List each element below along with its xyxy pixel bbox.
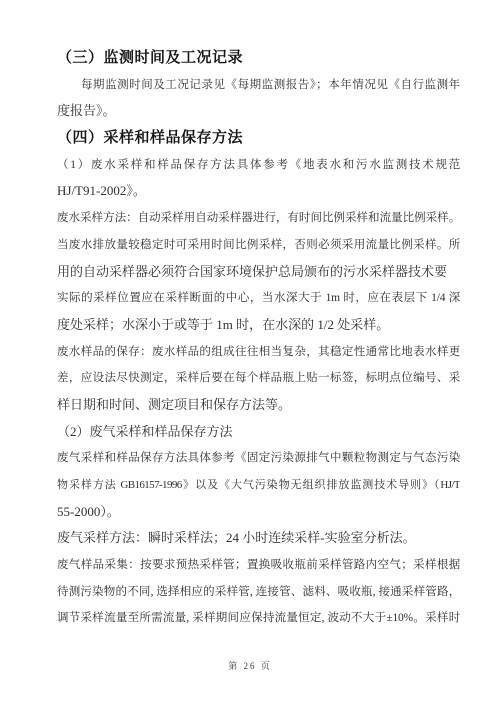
paragraph-line: 度报告》。 (57, 98, 460, 125)
paragraph-line: HJ/T91-2002》。 (57, 178, 460, 205)
paragraph-line: 废水采样方法：自动采样用自动采样器进行，有时间比例采样和流量比例采样。 (57, 205, 460, 232)
paragraph-line: 每期监测时间及工况记录见《每期监测报告》；本年情况见《自行监测年 (57, 72, 460, 99)
paragraph-line: 废气采样和样品保存方法具体参考《固定污染源排气中颗粒物测定与气态污染 (57, 445, 460, 472)
subheading-wastewater: （1）废水采样和样品保存方法具体参考《地表水和污水监测技术规范 (57, 152, 460, 179)
paragraph-line: 差，应设法尽快测定，采样后要在每个样品瓶上贴一标签，标明点位编号、采 (57, 365, 460, 392)
document-page: （三）监测时间及工况记录 每期监测时间及工况记录见《每期监测报告》；本年情况见《… (0, 0, 500, 707)
paragraph-line: 物采样方法 GB16157-1996》以及《大气污染物无组织排放监测技术导则》（… (57, 472, 460, 499)
paragraph-line: 调节采样流量至所需流量, 采样期间应保持流量恒定, 波动不大于±10%。采样时 (57, 605, 460, 632)
section-heading-4: （四）采样和样品保存方法 (57, 125, 460, 152)
paragraph-line: 当废水排放量较稳定时可采用时间比例采样，否则必须采用流量比例采样。所 (57, 232, 460, 259)
paragraph-line: 废气采样方法：瞬时采样法；24 小时连续采样-实验室分析法。 (57, 525, 460, 552)
section-heading-3: （三）监测时间及工况记录 (57, 45, 460, 72)
paragraph-line: 55-2000）。 (57, 499, 460, 526)
paragraph-line: 待测污染物的不同, 选择相应的采样管, 连接管、滤料、吸收瓶, 接通采样管路， (57, 579, 460, 606)
subheading-exhaust-gas: （2）废气采样和样品保存方法 (57, 419, 460, 446)
paragraph-line: 废水样品的保存：废水样品的组成往往相当复杂，其稳定性通常比地表水样更 (57, 339, 460, 366)
document-body: （三）监测时间及工况记录 每期监测时间及工况记录见《每期监测报告》；本年情况见《… (57, 45, 460, 632)
paragraph-line: 度处采样；水深小于或等于 1m 时，在水深的 1/2 处采样。 (57, 312, 460, 339)
paragraph-line: 用的自动采样器必须符合国家环境保护总局颁布的污水采样器技术要求。 (57, 259, 460, 286)
paragraph-line: 废气样品采集：按要求预热采样管；置换吸收瓶前采样管路内空气；采样根据 (57, 552, 460, 579)
paragraph-line: 实际的采样位置应在采样断面的中心，当水深大于 1m 时，应在表层下 1/4 深 (57, 285, 460, 312)
page-number: 第 26 页 (0, 659, 500, 672)
paragraph-line: 样日期和时间、测定项目和保存方法等。 (57, 392, 460, 419)
